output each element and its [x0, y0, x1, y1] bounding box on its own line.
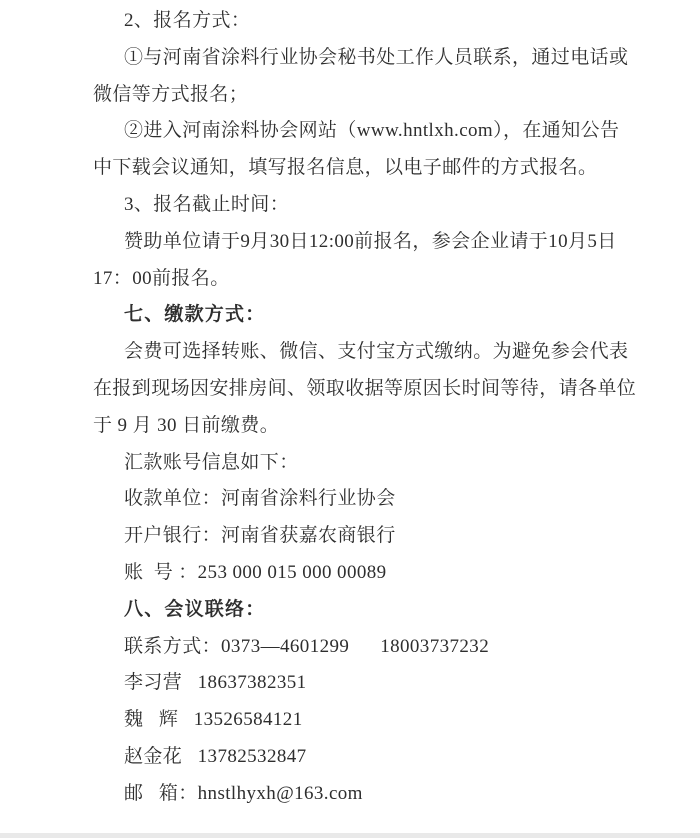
section-registration-method: 2、报名方式： ①与河南省涂料行业协会秘书处工作人员联系，通过电话或 微信等方式…: [93, 3, 628, 187]
payment-heading: 七、缴款方式：: [93, 297, 628, 334]
payment-bank: 开户银行：河南省获嘉农商银行: [93, 518, 628, 555]
contact-heading: 八、会议联络：: [93, 592, 628, 629]
contact-phones: 联系方式：0373—4601299 18003737232: [93, 629, 628, 666]
registration-method-item1-line1: ①与河南省涂料行业协会秘书处工作人员联系，通过电话或: [93, 40, 628, 77]
contact-person-3: 赵金花 13782532847: [93, 739, 628, 776]
registration-method-heading: 2、报名方式：: [93, 3, 628, 40]
page-bottom-edge: [0, 833, 700, 838]
payment-para-line3: 于 9 月 30 日前缴费。: [93, 408, 628, 445]
section-payment: 七、缴款方式： 会费可选择转账、微信、支付宝方式缴纳。为避免参会代表 在报到现场…: [93, 297, 628, 591]
contact-email: 邮 箱：hnstlhyxh@163.com: [93, 776, 628, 813]
contact-person-1: 李习营 18637382351: [93, 665, 628, 702]
registration-method-item2-line2: 中下载会议通知，填写报名信息，以电子邮件的方式报名。: [93, 150, 628, 187]
document-body: 2、报名方式： ①与河南省涂料行业协会秘书处工作人员联系，通过电话或 微信等方式…: [93, 3, 628, 813]
registration-method-item2-line1: ②进入河南涂料协会网站（www.hntlxh.com），在通知公告: [93, 113, 628, 150]
scanned-document-page: { "page": { "background_color": "#ffffff…: [0, 0, 700, 838]
payment-payee: 收款单位：河南省涂料行业协会: [93, 481, 628, 518]
section-registration-deadline: 3、报名截止时间： 赞助单位请于9月30日12:00前报名，参会企业请于10月5…: [93, 187, 628, 297]
payment-para-line2: 在报到现场因安排房间、领取收据等原因长时间等待，请各单位: [93, 371, 628, 408]
section-contact: 八、会议联络： 联系方式：0373—4601299 18003737232 李习…: [93, 592, 628, 813]
contact-person-2: 魏 辉 13526584121: [93, 702, 628, 739]
registration-deadline-line1: 赞助单位请于9月30日12:00前报名，参会企业请于10月5日: [93, 224, 628, 261]
payment-account-intro: 汇款账号信息如下：: [93, 445, 628, 482]
registration-deadline-line2: 17：00前报名。: [93, 261, 628, 298]
payment-para-line1: 会费可选择转账、微信、支付宝方式缴纳。为避免参会代表: [93, 334, 628, 371]
registration-deadline-heading: 3、报名截止时间：: [93, 187, 628, 224]
registration-method-item1-line2: 微信等方式报名；: [93, 77, 628, 114]
payment-account-number: 账 号 ：253 000 015 000 00089: [93, 555, 628, 592]
